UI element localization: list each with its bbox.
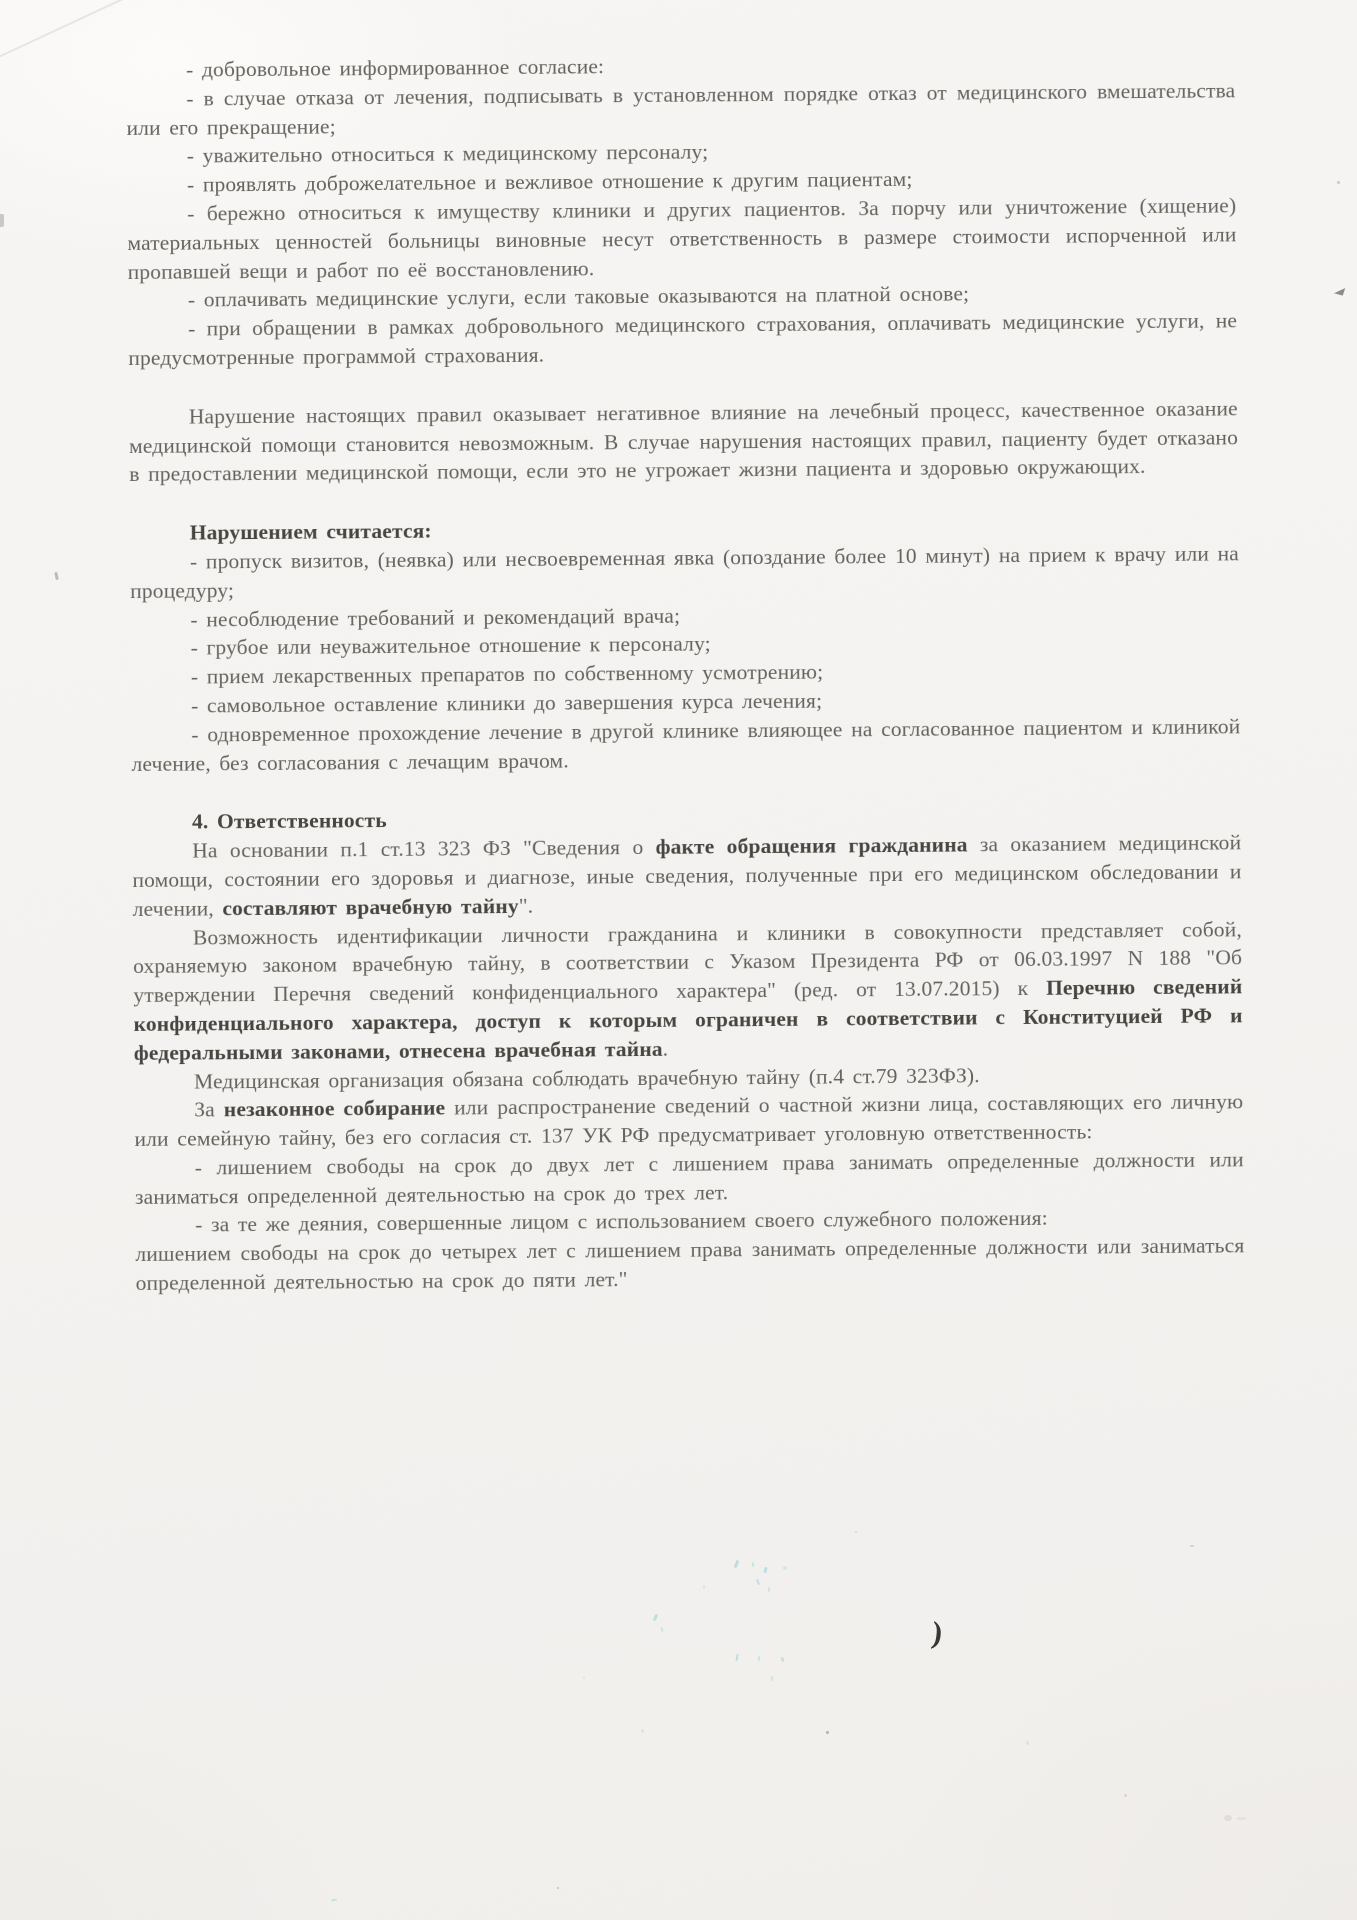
- paragraph: Нарушение настоящих правил оказывает нег…: [129, 394, 1239, 489]
- text-segment: - самовольное оставление клиники до заве…: [191, 688, 822, 717]
- list-item: - лишением свободы на срок до двух лет с…: [135, 1145, 1244, 1211]
- text-segment: - при обращении в рамках добровольного м…: [128, 308, 1237, 370]
- text-segment: - грубое или неуважительное отношение к …: [191, 632, 711, 660]
- bleedthrough-speck: [734, 1560, 740, 1569]
- ink-speck: [1337, 181, 1340, 184]
- text-segment: На основании п.1 ст.13 323 ФЗ "Сведения …: [192, 835, 656, 863]
- document-text: - добровольное информированное согласие:…: [126, 47, 1245, 1298]
- text-segment: - в случае отказа от лечения, подписыват…: [126, 78, 1235, 140]
- bleedthrough-speck: [653, 1614, 659, 1622]
- paragraph: Возможность идентификации личности гражд…: [133, 915, 1243, 1068]
- bleedthrough-speck: [763, 1567, 767, 1574]
- text-segment: .: [663, 1036, 669, 1060]
- bleedthrough-speck: [752, 1562, 755, 1567]
- text-segment: ".: [519, 894, 534, 918]
- scan-edge-mark: [0, 214, 4, 227]
- ink-speck: [1190, 1545, 1194, 1547]
- text-segment: - за те же деяния, совершенные лицом с и…: [195, 1206, 1048, 1237]
- paragraph: лишением свободы на срок до четырех лет …: [135, 1232, 1244, 1298]
- ink-bracket-mark: ): [930, 1616, 944, 1648]
- ink-speck: [1124, 1794, 1127, 1797]
- text-segment: - несоблюдение требований и рекомендаций…: [190, 603, 680, 631]
- scanned-page: { "page":{ "kind":"scanned paper documen…: [0, 0, 1357, 1920]
- text-segment: - добровольное информированное согласие:: [186, 54, 604, 81]
- text-segment: 4. Ответственность: [192, 808, 387, 834]
- text-segment: За: [194, 1098, 224, 1122]
- text-segment: факте обращения гражданина: [655, 833, 967, 859]
- bleedthrough-speck: [780, 1657, 785, 1663]
- bleedthrough-speck: [660, 1627, 663, 1632]
- text-segment: - уважительно относиться к медицинскому …: [187, 140, 709, 168]
- ink-speck: [855, 1531, 857, 1533]
- list-item: - в случае отказа от лечения, подписыват…: [126, 76, 1235, 142]
- text-segment: Медицинская организация обязана соблюдат…: [194, 1063, 980, 1093]
- list-item: - пропуск визитов, (неявка) или несвоевр…: [130, 539, 1239, 605]
- bleedthrough-speck: [703, 1585, 705, 1589]
- list-item: - бережно относиться к имуществу клиники…: [127, 191, 1237, 286]
- text-segment: - лишением свободы на срок до двух лет с…: [135, 1147, 1244, 1209]
- bleedthrough-speck: [735, 1654, 738, 1661]
- paragraph: За незаконное собирание или распростране…: [134, 1088, 1243, 1154]
- text-segment: - проявлять доброжелательное и вежливое …: [187, 167, 913, 197]
- bleedthrough-speck: [1026, 1741, 1029, 1745]
- paragraph: На основании п.1 ст.13 323 ФЗ "Сведения …: [132, 828, 1242, 923]
- ink-smudge: [1237, 1817, 1246, 1820]
- bleedthrough-speck: [783, 1566, 787, 1570]
- text-segment: Нарушение настоящих правил оказывает нег…: [129, 396, 1238, 486]
- list-item: - при обращении в рамках добровольного м…: [128, 306, 1237, 372]
- text-segment: - одновременное прохождение лечение в др…: [131, 714, 1240, 776]
- text-segment: Нарушением считается:: [190, 519, 432, 545]
- list-item: - одновременное прохождение лечение в др…: [131, 712, 1240, 778]
- text-segment: - бережно относиться к имуществу клиники…: [127, 193, 1236, 283]
- text-segment: составляют врачебную тайну: [222, 894, 519, 920]
- bleedthrough-speck: [641, 1729, 644, 1733]
- bleedthrough-speck: [756, 1579, 760, 1585]
- bleedthrough-speck: [768, 1587, 771, 1592]
- ink-speck: [826, 1731, 829, 1734]
- bleedthrough-speck: [770, 1676, 773, 1681]
- bleedthrough-speck: [758, 1656, 760, 1661]
- text-segment: - оплачивать медицинские услуги, если та…: [188, 282, 969, 312]
- text-segment: - прием лекарственных препаратов по собс…: [191, 660, 824, 689]
- ink-speck: [557, 1887, 559, 1889]
- bleedthrough-speck: [583, 1676, 585, 1679]
- pen-arrow-mark: [1333, 288, 1346, 297]
- ink-speck: [54, 572, 59, 580]
- bleedthrough-speck: [331, 1898, 337, 1901]
- ink-smudge: [1224, 1815, 1232, 1821]
- text-segment: незаконное собирание: [224, 1096, 446, 1122]
- scan-corner: [0, 0, 128, 62]
- text-segment: лишением свободы на срок до четырех лет …: [135, 1234, 1244, 1296]
- text-segment: - пропуск визитов, (неявка) или несвоевр…: [130, 541, 1239, 603]
